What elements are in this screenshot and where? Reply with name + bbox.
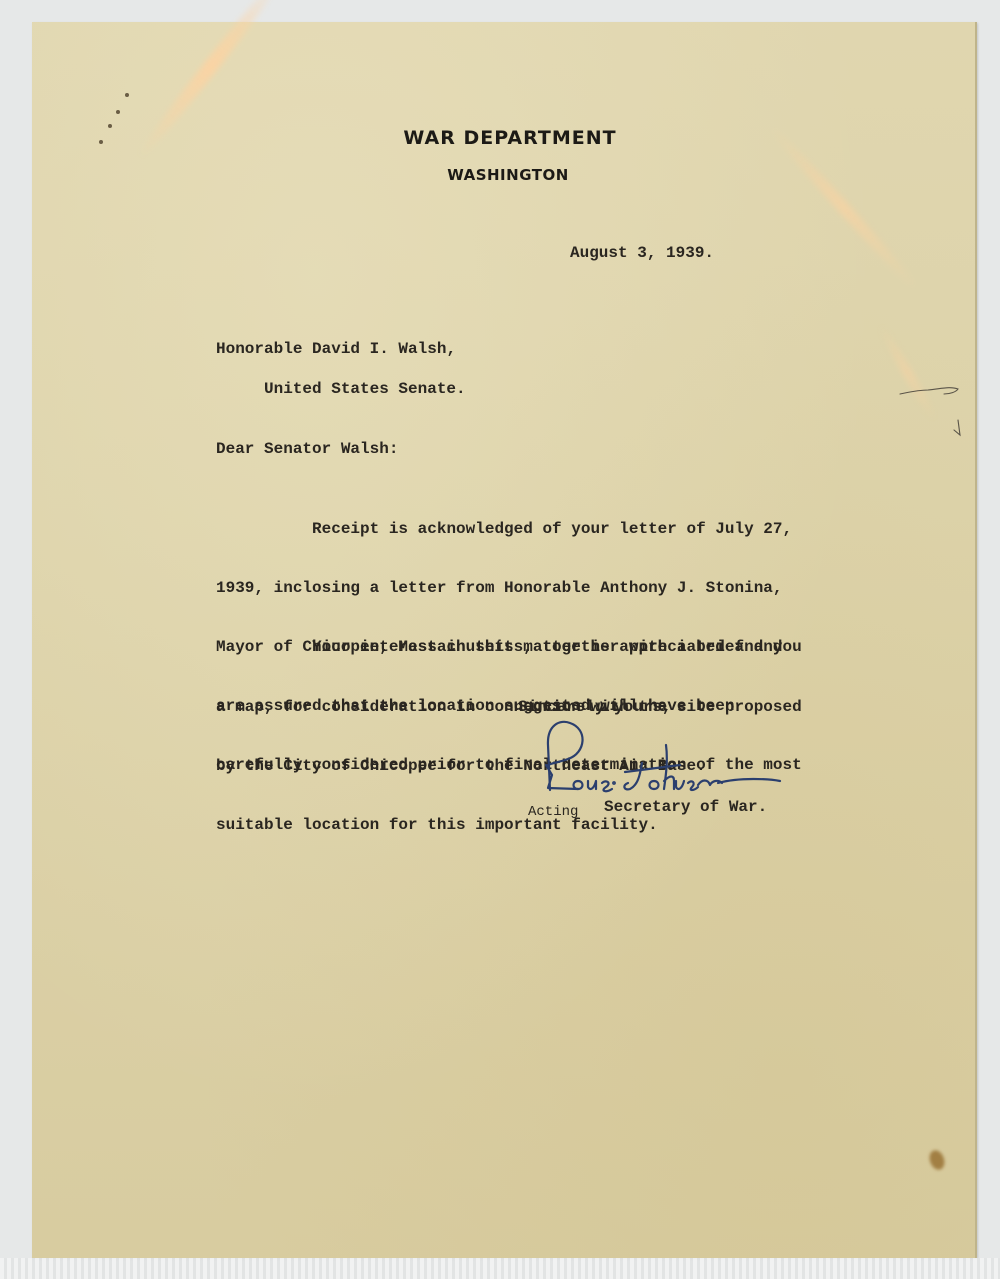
letter-date: August 3, 1939. — [570, 244, 714, 264]
letterhead-city: WASHINGTON — [0, 166, 1000, 184]
signatory-title: Secretary of War. — [604, 798, 767, 818]
staple-hole — [116, 110, 120, 114]
letterhead-organization: WAR DEPARTMENT — [0, 127, 1000, 149]
acting-annotation: Acting — [528, 803, 578, 823]
handwritten-signature — [530, 715, 790, 805]
paragraph-line: 1939, inclosing a letter from Honorable … — [216, 579, 802, 599]
paragraph-line: are assured that the location suggested … — [216, 697, 802, 717]
recipient-organization: United States Senate. — [264, 380, 466, 400]
paragraph-line: suitable location for this important fac… — [216, 816, 802, 836]
recipient-name: Honorable David I. Walsh, — [216, 340, 456, 360]
plastic-sleeve-edge — [0, 1258, 1000, 1279]
pencil-mark — [898, 380, 968, 440]
paragraph-line: Your interest in this matter is apprecia… — [216, 638, 802, 658]
paragraph-line: Receipt is acknowledged of your letter o… — [216, 520, 802, 540]
staple-hole — [125, 93, 129, 97]
salutation: Dear Senator Walsh: — [216, 440, 398, 460]
